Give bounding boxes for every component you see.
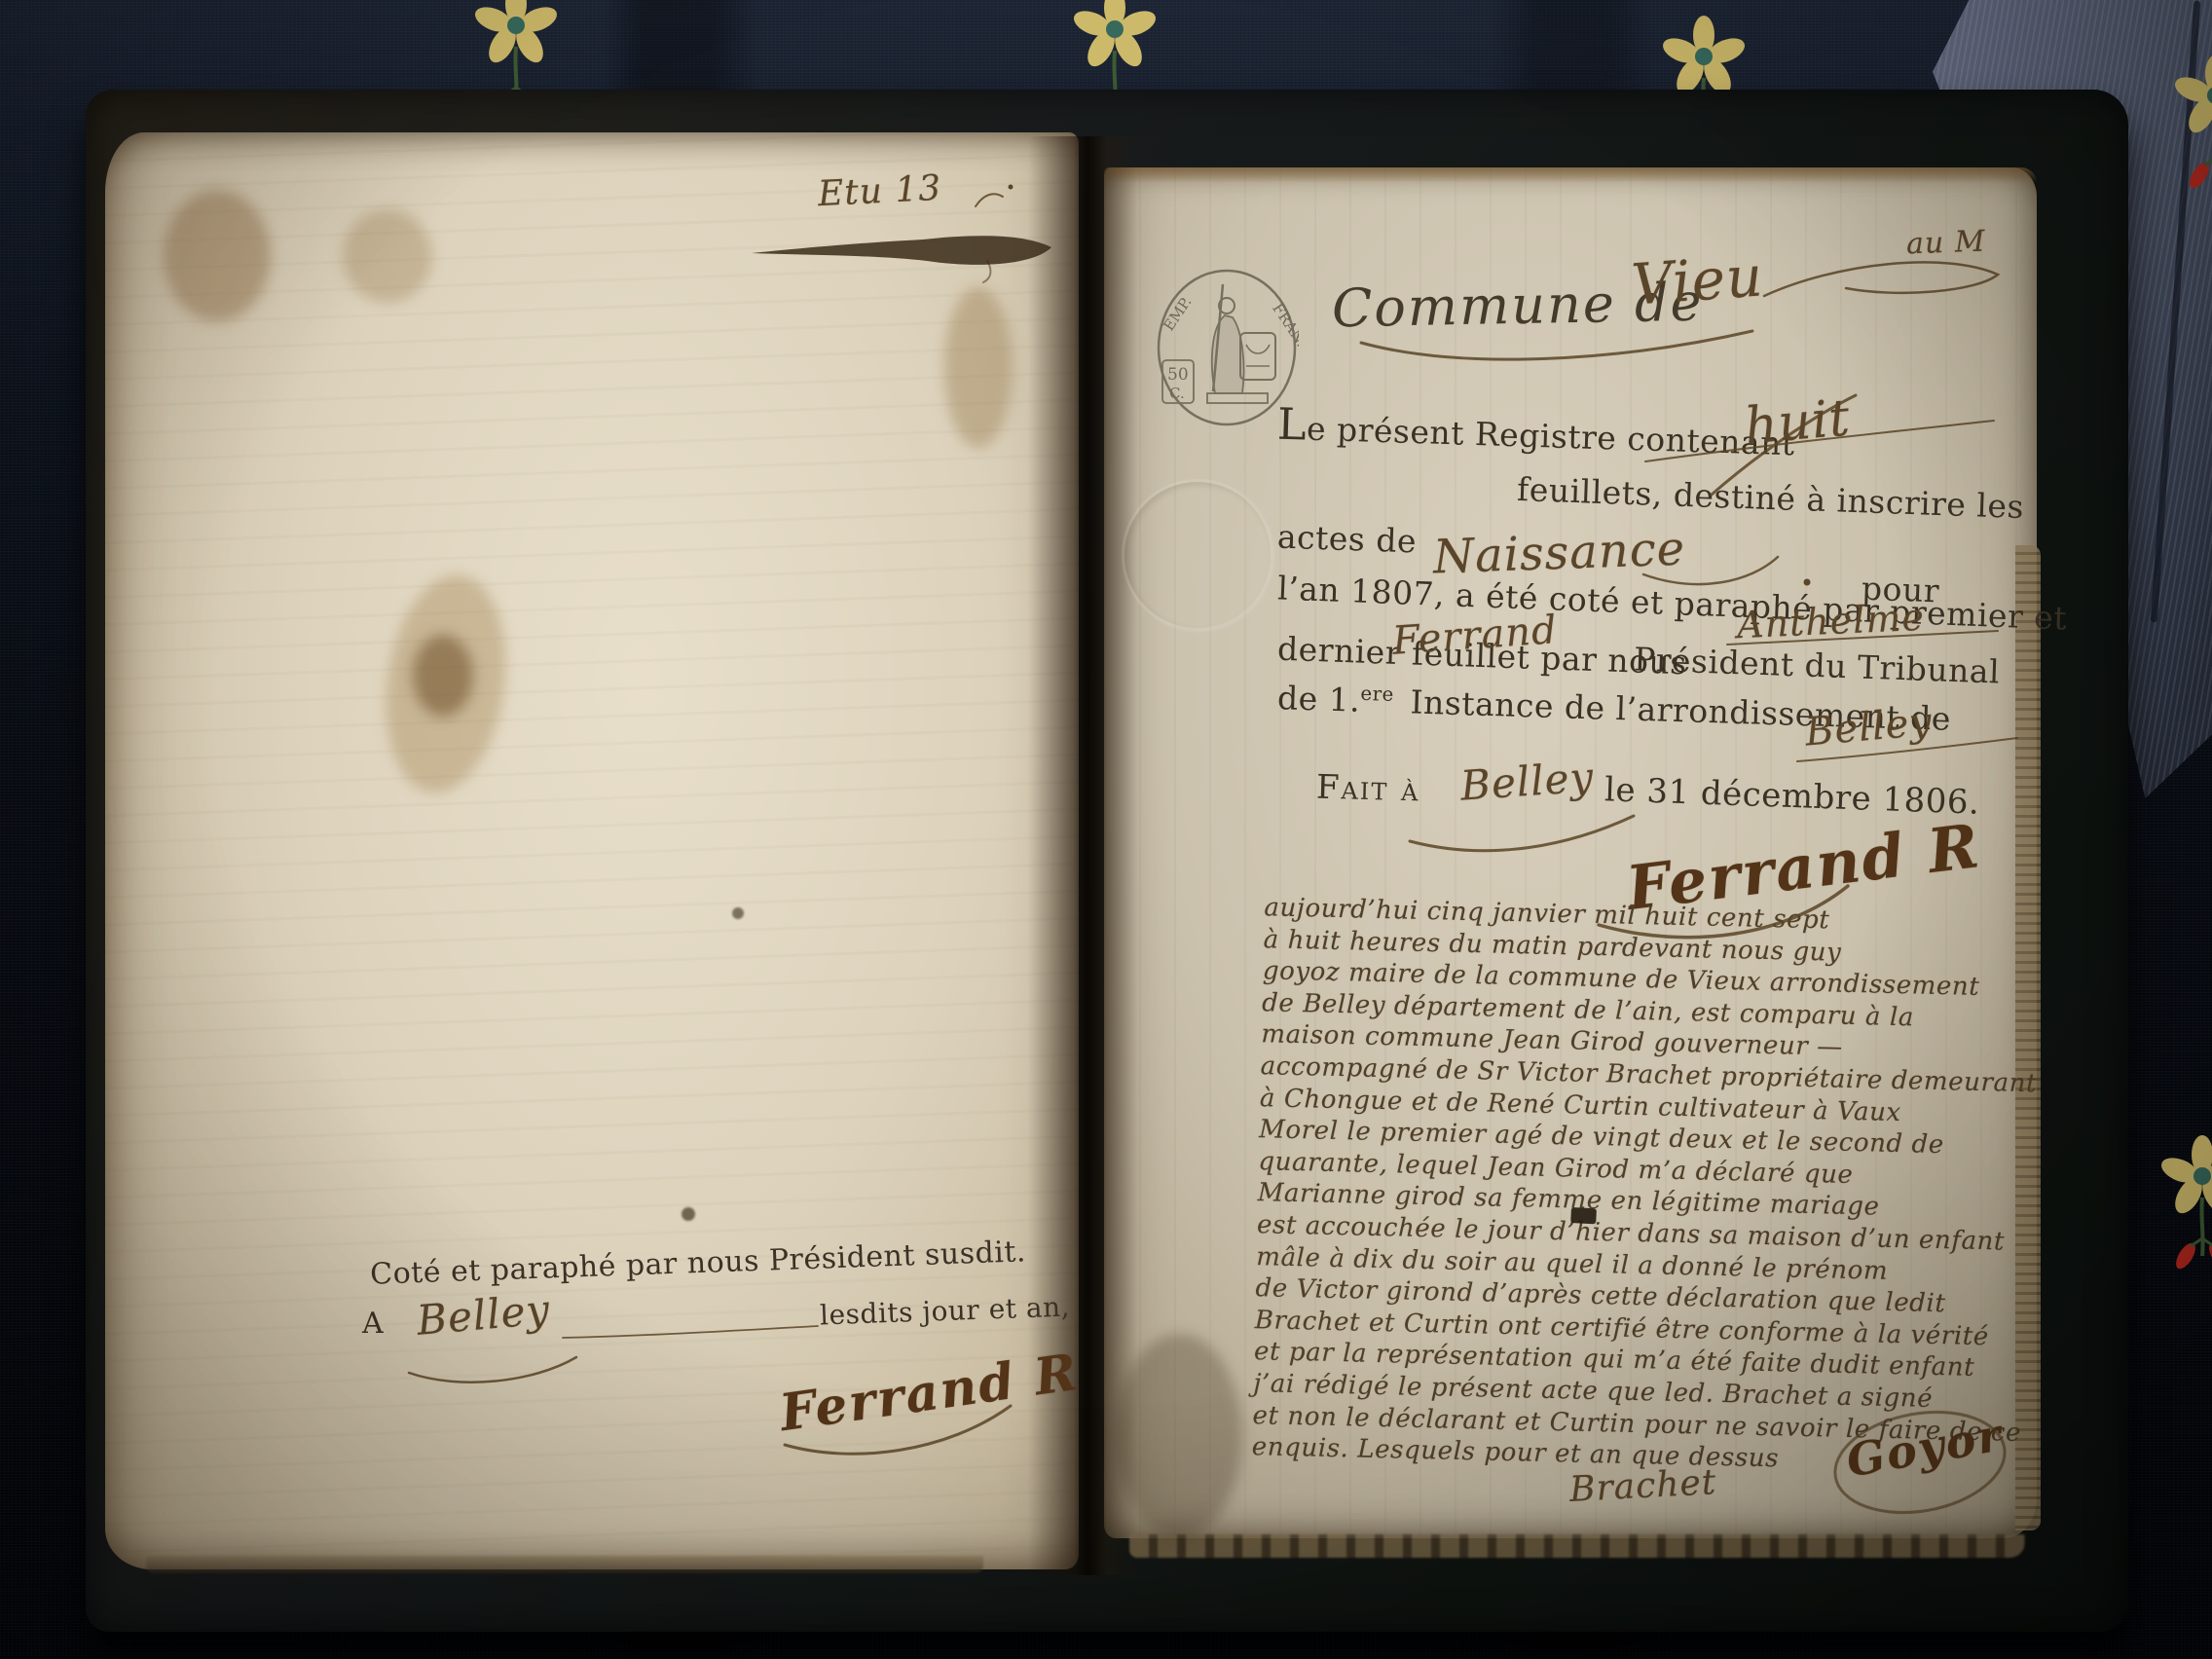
header-handwritten-commune: Vieu	[1630, 242, 1766, 317]
photo-of-open-register: 50 C. EMP. FRAN. Etu 13 Coté et paraphé …	[0, 0, 2212, 1659]
embroidered-flower-icon	[2167, 56, 2212, 222]
folio-note: au M	[1905, 225, 1986, 262]
place-prefix: A	[362, 1307, 384, 1341]
embroidered-flower-icon	[2154, 1137, 2212, 1303]
left-page	[105, 132, 1079, 1569]
register-line7-sup: ere	[1360, 682, 1394, 706]
register-name-anthelme: Anthelme	[1736, 596, 1926, 646]
register-line7-pre: de 1.	[1277, 679, 1361, 719]
bottom-deckle-edge	[1129, 1534, 2025, 1558]
signature-brachet: Brachet	[1568, 1462, 1717, 1510]
register-line3-handwritten: Naissance	[1432, 521, 1686, 584]
bottom-deckle-edge	[146, 1556, 983, 1573]
register-line3: actes de	[1276, 518, 1417, 561]
fait-place-handwritten: Belley	[1458, 753, 1595, 809]
fait-prefix: Fait à	[1315, 768, 1420, 810]
embossed-blind-stamp	[1122, 479, 1273, 631]
top-inscription: Etu 13	[817, 168, 942, 215]
register-line1-handwritten: huit	[1743, 388, 1853, 456]
birth-act-text: aujourd’hui cinq janvier mil huit cent s…	[1251, 893, 2023, 1481]
